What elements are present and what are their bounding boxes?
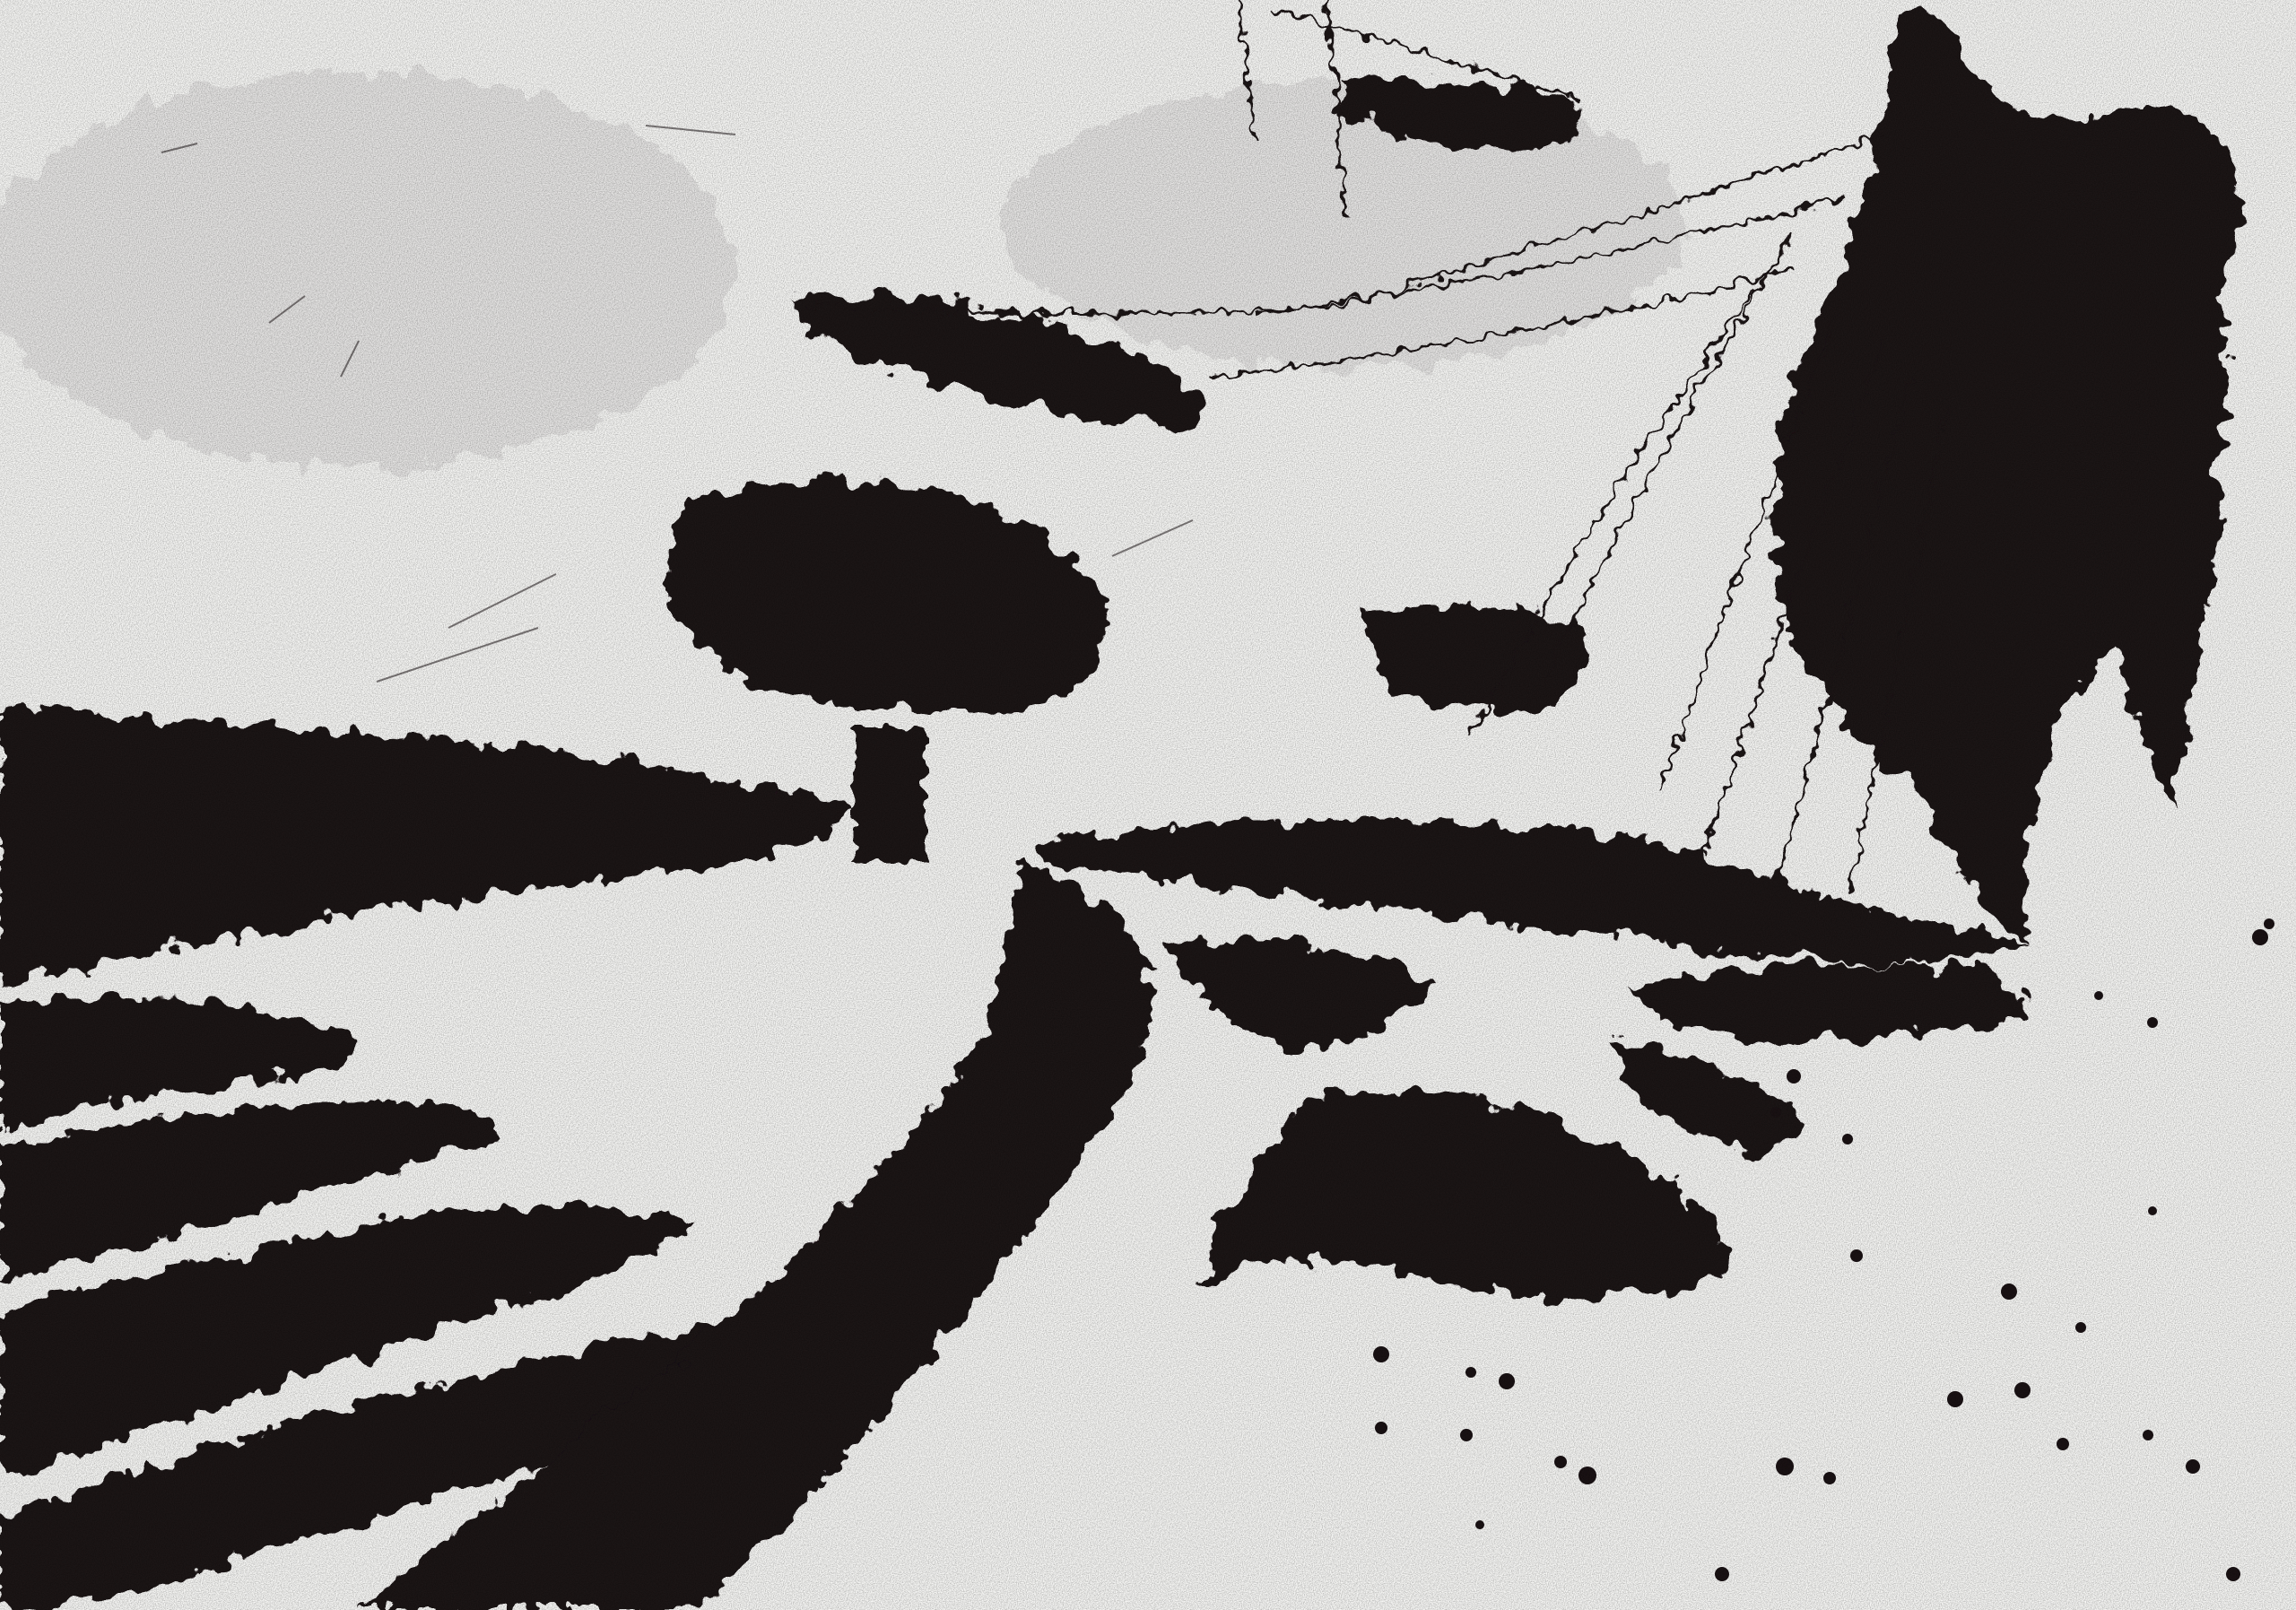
grain-texture bbox=[0, 0, 2296, 1610]
etching-artwork bbox=[0, 0, 2296, 1610]
